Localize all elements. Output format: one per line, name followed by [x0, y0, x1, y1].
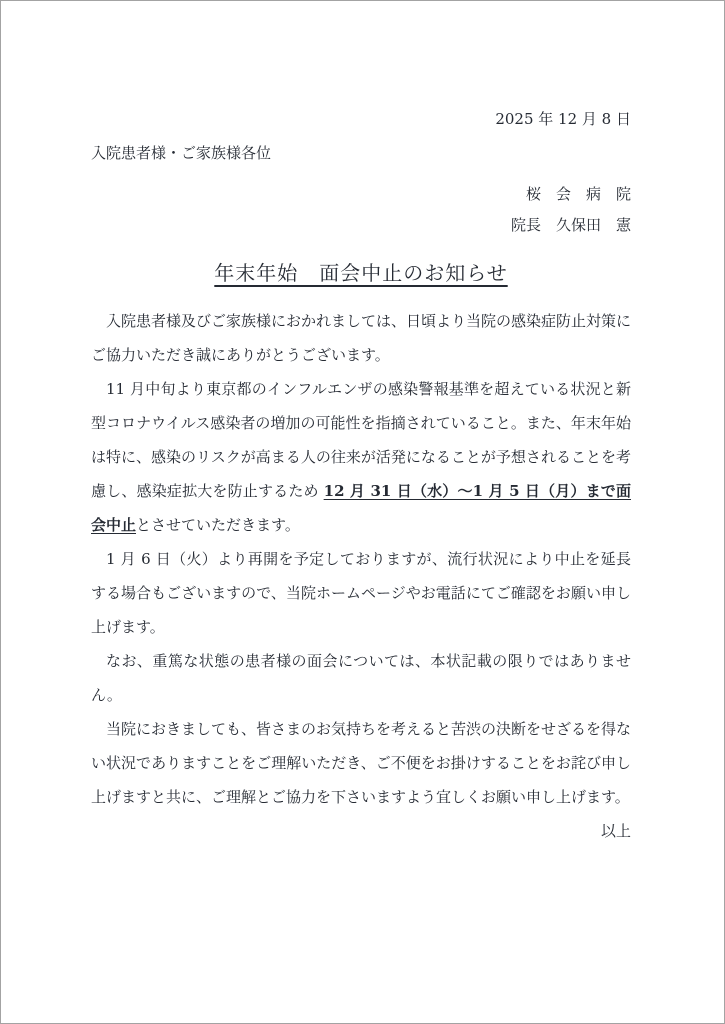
paragraph-text: とさせていただきます。 — [136, 516, 300, 534]
paragraph-exception: なお、重篤な状態の患者様の面会については、本状記載の限りではありません。 — [91, 644, 631, 712]
paragraph-suspension-notice: 11 月中旬より東京都のインフルエンザの感染警報基準を超えている状況と新型コロナ… — [91, 372, 631, 542]
recipient-line: 入院患者様・ご家族様各位 — [91, 143, 631, 163]
sender-organization: 桜 会 病 院 — [91, 179, 631, 210]
document-date: 2025 年 12 月 8 日 — [91, 109, 631, 129]
document-title: 年末年始 面会中止のお知らせ — [91, 257, 631, 286]
paragraph-apology: 当院におきましても、皆さまのお気持ちを考えると苦渋の決断をせざるを得ない状況であ… — [91, 712, 631, 814]
paragraph-text: 入院患者様及びご家族様におかれましては、日頃より当院の感染症防止対策にご協力いた… — [91, 312, 631, 364]
paragraph-resumption: 1 月 6 日（火）より再開を予定しておりますが、流行状況により中止を延長する場… — [91, 542, 631, 644]
document-page: 2025 年 12 月 8 日 入院患者様・ご家族様各位 桜 会 病 院 院長 … — [0, 0, 725, 1024]
document-body: 入院患者様及びご家族様におかれましては、日頃より当院の感染症防止対策にご協力いた… — [91, 304, 631, 814]
closing-word: 以上 — [91, 814, 631, 848]
paragraph-text: なお、重篤な状態の患者様の面会については、本状記載の限りではありません。 — [91, 652, 631, 704]
sender-block: 桜 会 病 院 院長 久保田 憲 — [91, 179, 631, 241]
document-content: 2025 年 12 月 8 日 入院患者様・ご家族様各位 桜 会 病 院 院長 … — [1, 1, 724, 848]
paragraph-text: 当院におきましても、皆さまのお気持ちを考えると苦渋の決断をせざるを得ない状況であ… — [91, 720, 631, 806]
paragraph-text: 1 月 6 日（火）より再開を予定しておりますが、流行状況により中止を延長する場… — [91, 550, 631, 636]
sender-signer: 院長 久保田 憲 — [91, 210, 631, 241]
paragraph-greeting: 入院患者様及びご家族様におかれましては、日頃より当院の感染症防止対策にご協力いた… — [91, 304, 631, 372]
